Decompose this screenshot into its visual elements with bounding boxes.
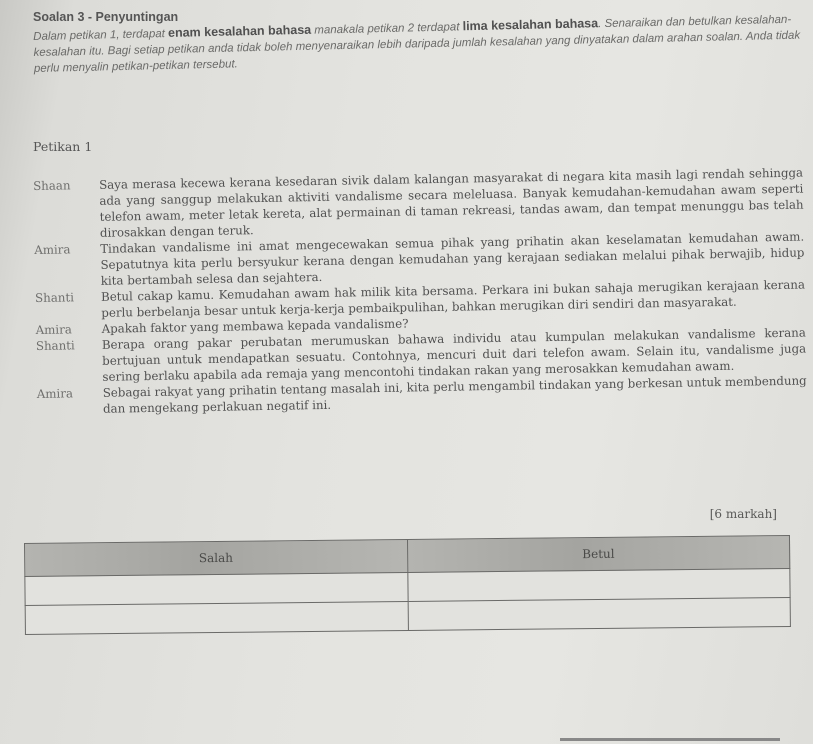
speaker-name: Amira <box>37 385 104 418</box>
answer-cell-salah[interactable] <box>25 572 408 605</box>
answer-cell-betul[interactable] <box>408 597 791 630</box>
speaker-name: Amira <box>36 321 102 338</box>
answer-cell-salah[interactable] <box>25 601 408 634</box>
speaker-name: Shaan <box>33 177 100 242</box>
answer-cell-betul[interactable] <box>407 568 790 601</box>
speaker-name: Shanti <box>36 337 103 386</box>
instructions-emphasis-2: lima kesalahan bahasa <box>462 16 598 33</box>
instructions-text-2: manakala petikan 2 terdapat <box>311 21 463 36</box>
exam-page: Soalan 3 - Penyuntingan Dalam petikan 1,… <box>0 0 813 744</box>
answer-table: Salah Betul <box>24 535 791 635</box>
instructions-text-1: Dalam petikan 1, terdapat <box>33 28 168 43</box>
speaker-name: Shanti <box>35 289 102 322</box>
page-edge-shadow <box>560 738 780 741</box>
column-header-betul: Betul <box>407 535 790 572</box>
speaker-name: Amira <box>34 241 101 290</box>
marks-label: [6 markah] <box>710 507 777 521</box>
section-title: Soalan 3 - Penyuntingan <box>33 10 178 24</box>
instructions-emphasis-1: enam kesalahan bahasa <box>168 23 311 40</box>
dialogue: ShaanSaya merasa kecewa kerana kesedaran… <box>33 165 807 418</box>
column-header-salah: Salah <box>25 539 408 576</box>
passage-title: Petikan 1 <box>33 139 92 154</box>
